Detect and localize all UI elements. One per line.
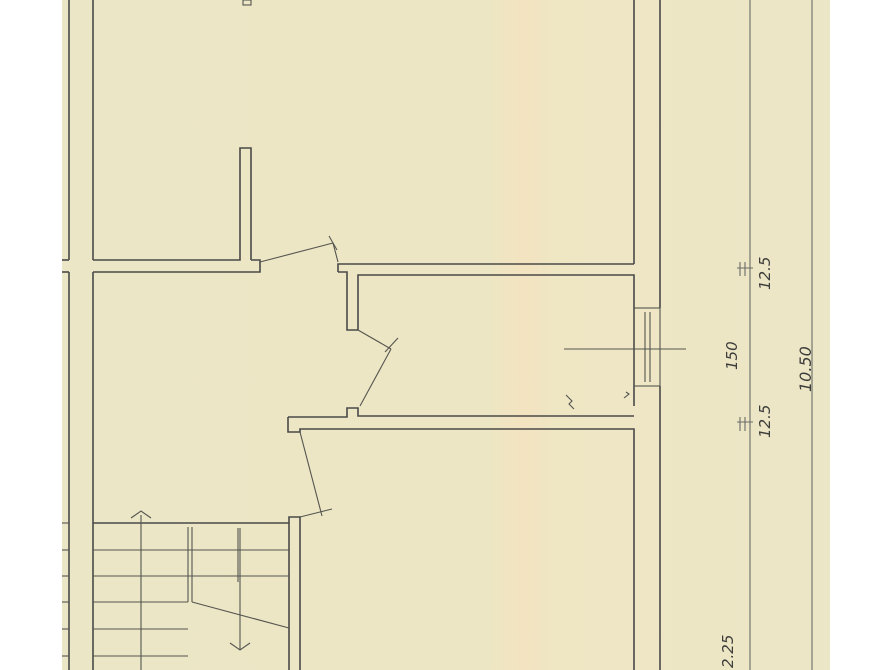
dim-label-150: 150	[722, 341, 741, 370]
window-symbol	[564, 308, 686, 409]
dimension-lines	[737, 0, 812, 670]
top-room-walls	[93, 0, 660, 406]
staircase	[62, 511, 300, 670]
floor-plan	[0, 0, 893, 670]
door-swing-1	[260, 236, 338, 262]
dim-label-10-50: 10.50	[796, 346, 815, 392]
door-swing-2	[358, 330, 398, 406]
door-swing-3	[300, 432, 332, 517]
dim-label-2-25: 2.25	[718, 635, 737, 668]
dim-label-12-5-top: 12.5	[755, 220, 774, 260]
left-exterior-wall	[62, 0, 93, 670]
dim-label-12-5-bottom: 12.5	[755, 405, 774, 438]
middle-room-walls	[288, 386, 660, 670]
